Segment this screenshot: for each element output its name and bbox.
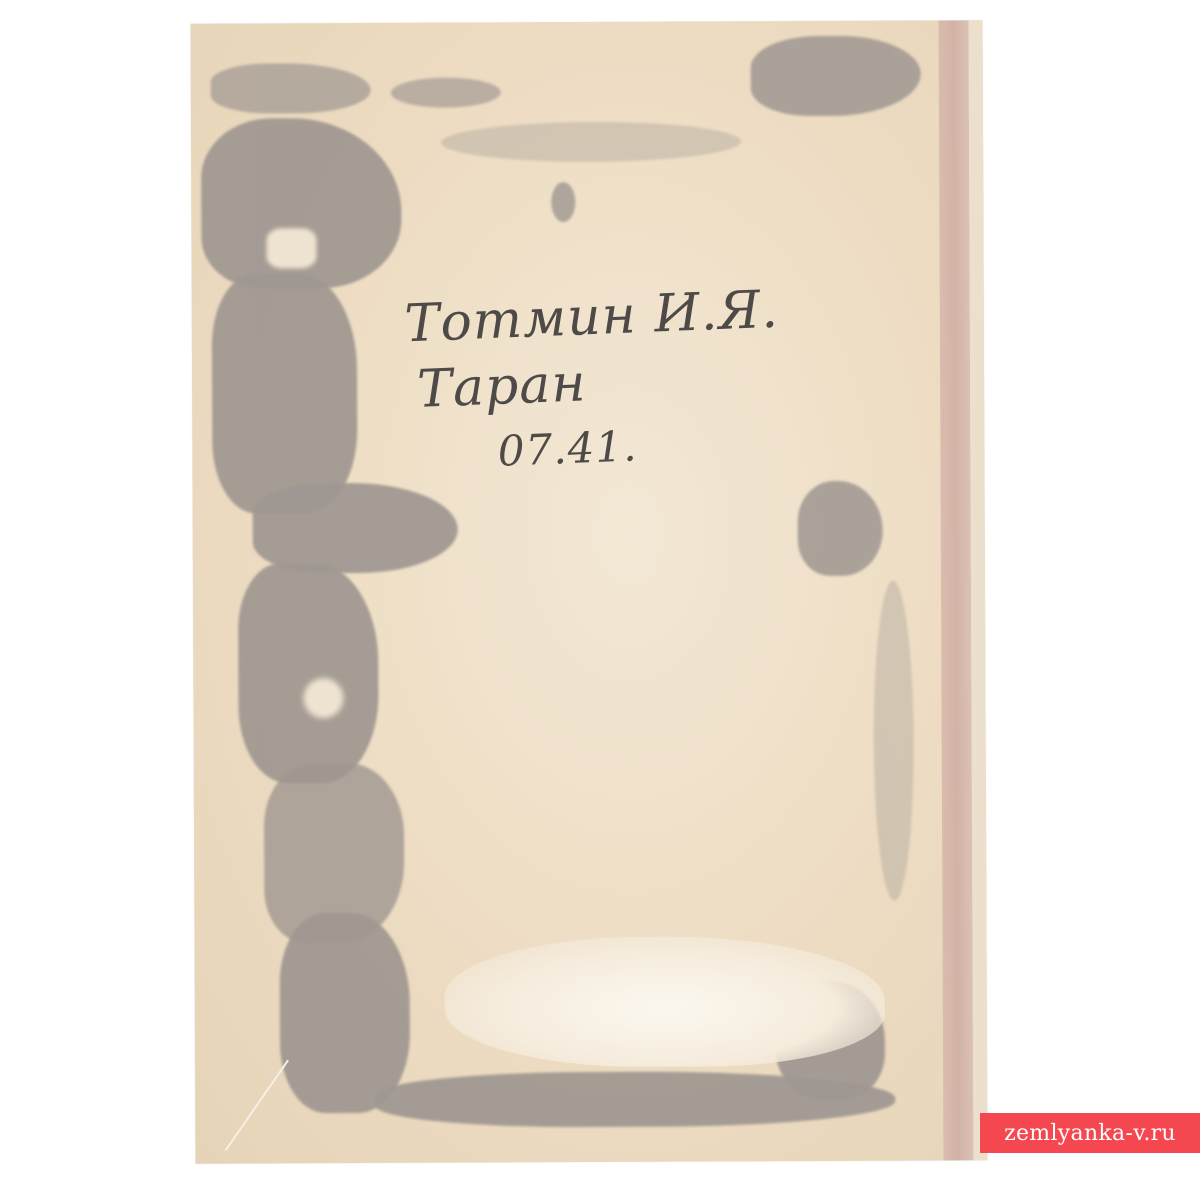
residue-left-arm [212, 273, 358, 514]
residue-left-bulge [253, 483, 458, 574]
pink-edge-strip [939, 20, 974, 1160]
residue-top-center-spot [551, 182, 575, 222]
watermark-text: zemlyanka-v.ru [1004, 1121, 1176, 1146]
paper-gap-1 [266, 228, 316, 268]
residue-bottom-left-corner [279, 913, 410, 1114]
residue-left-lower [238, 563, 379, 784]
paper-gap-2 [303, 678, 343, 718]
white-paint-patch [445, 936, 886, 1068]
residue-right-mid [798, 481, 883, 576]
photo-back-card: Тотмин И.Я. Таран 07.41. [191, 20, 988, 1163]
site-watermark: zemlyanka-v.ru [980, 1113, 1200, 1153]
inscription-place: Таран [416, 346, 782, 420]
product-image: Тотмин И.Я. Таран 07.41. zemlyanka-v.ru [0, 0, 1200, 1200]
handwritten-inscription: Тотмин И.Я. Таран 07.41. [404, 280, 785, 480]
